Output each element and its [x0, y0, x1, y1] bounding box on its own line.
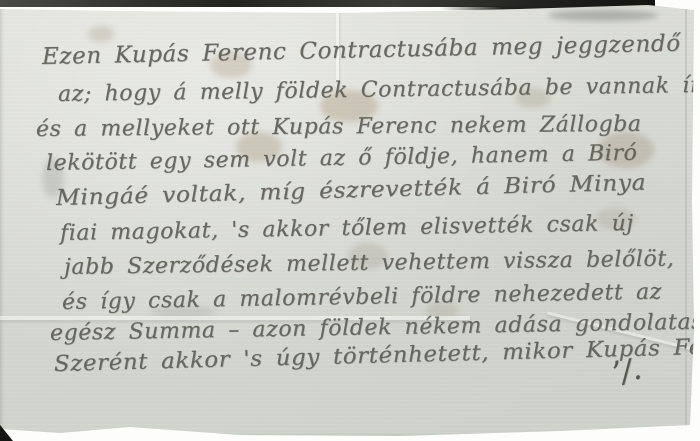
manuscript-line: az; hogy á melly földek Contractusába be… — [58, 73, 700, 107]
manuscript-line: jabb Szerződések mellett vehettem vissza… — [64, 246, 675, 280]
manuscript-line: és így csak a malomrévbeli földre neheze… — [62, 280, 662, 315]
manuscript-line: lekötött egy sem volt az ő földje, hanem… — [46, 141, 638, 176]
manuscript-line: és a mellyeket ott Kupás Ferenc nekem Zá… — [36, 112, 642, 142]
manuscript-scan: Ezen Kupás Ferenc Contractusába meg jegg… — [0, 0, 700, 441]
paper-stain — [548, 10, 658, 21]
paper-stain — [88, 26, 114, 42]
manuscript-line: Ezen Kupás Ferenc Contractusába meg jegg… — [42, 31, 681, 70]
manuscript-line: fiai magokat, 's akkor tőlem elisvették … — [60, 211, 634, 246]
manuscript-line: Mingáé voltak, míg észrevették á Biró Mi… — [56, 171, 647, 211]
paper-crease-right-edge — [685, 6, 687, 430]
paper-sheet: Ezen Kupás Ferenc Contractusába meg jegg… — [0, 0, 700, 441]
